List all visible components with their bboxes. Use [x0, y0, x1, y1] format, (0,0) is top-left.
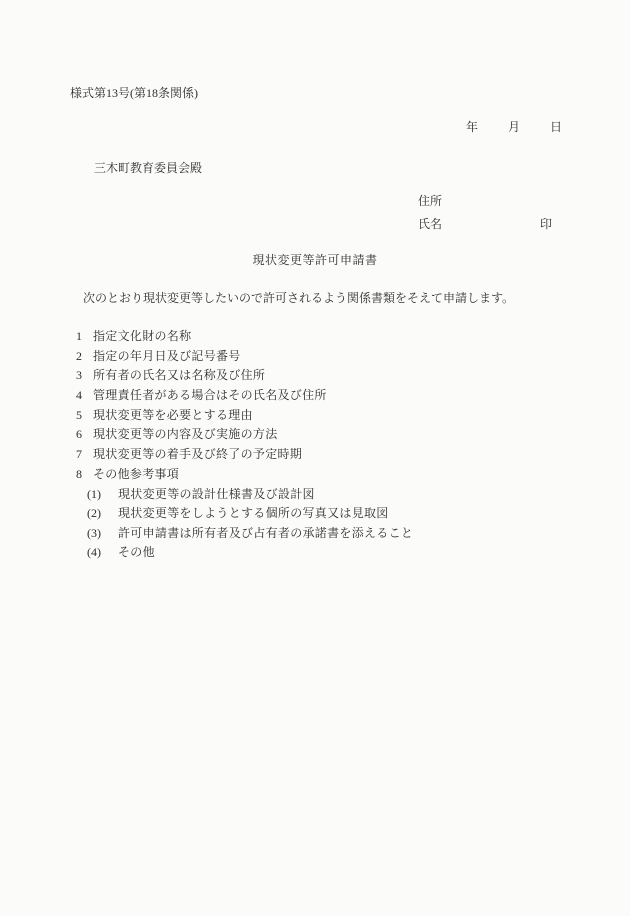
list-item: 8 その他参考事項 — [76, 468, 556, 488]
subitem-number: (2) — [87, 507, 118, 519]
item-number: 5 — [76, 409, 93, 421]
sub-list-item: (1) 現状変更等の設計仕様書及び設計図 — [76, 488, 556, 508]
sub-list-item: (2) 現状変更等をしようとする個所の写真又は見取図 — [76, 507, 556, 527]
item-text: 指定文化財の名称 — [93, 330, 191, 342]
addressee: 三木町教育委員会殿 — [94, 162, 202, 174]
list-item: 4 管理責任者がある場合はその氏名及び住所 — [76, 389, 556, 409]
list-item: 7 現状変更等の着手及び終了の予定時期 — [76, 448, 556, 468]
item-number: 8 — [76, 468, 93, 480]
item-number: 7 — [76, 448, 93, 460]
item-text: 指定の年月日及び記号番号 — [93, 350, 241, 362]
intro-paragraph: 次のとおり現状変更等したいので許可されるよう関係書類をそえて申請します。 — [83, 292, 514, 304]
item-text: 現状変更等の内容及び実施の方法 — [93, 428, 278, 440]
day-label: 日 — [550, 121, 562, 133]
date-line: 年 月 日 — [466, 121, 562, 133]
subitem-number: (1) — [87, 488, 118, 500]
list-item: 5 現状変更等を必要とする理由 — [76, 409, 556, 429]
year-label: 年 — [466, 121, 478, 133]
subitem-text: 現状変更等をしようとする個所の写真又は見取図 — [118, 507, 389, 519]
item-text: その他参考事項 — [93, 468, 179, 480]
item-number: 1 — [76, 330, 93, 342]
month-label: 月 — [508, 121, 520, 133]
item-text: 現状変更等を必要とする理由 — [93, 409, 253, 421]
document-title: 現状変更等許可申請書 — [0, 254, 630, 266]
sub-list-item: (4) その他 — [76, 546, 556, 566]
item-number: 6 — [76, 428, 93, 440]
list-item: 3 所有者の氏名又は名称及び住所 — [76, 369, 556, 389]
subitem-number: (4) — [87, 546, 118, 558]
subitem-text: その他 — [118, 546, 155, 558]
subitem-text: 現状変更等の設計仕様書及び設計図 — [118, 488, 315, 500]
subitem-text: 許可申請書は所有者及び占有者の承諾書を添えること — [118, 527, 413, 539]
item-number: 3 — [76, 369, 93, 381]
item-text: 現状変更等の着手及び終了の予定時期 — [93, 448, 302, 460]
name-seal-row: 氏名 印 — [418, 218, 558, 230]
item-list: 1 指定文化財の名称 2 指定の年月日及び記号番号 3 所有者の氏名又は名称及び… — [76, 330, 556, 566]
item-number: 4 — [76, 389, 93, 401]
list-item: 6 現状変更等の内容及び実施の方法 — [76, 428, 556, 448]
seal-label: 印 — [540, 218, 552, 230]
sub-list-item: (3) 許可申請書は所有者及び占有者の承諾書を添えること — [76, 527, 556, 547]
document-page: 様式第13号(第18条関係) 年 月 日 三木町教育委員会殿 住所 氏名 印 現… — [0, 0, 630, 916]
name-label: 氏名 — [418, 217, 442, 231]
item-text: 所有者の氏名又は名称及び住所 — [93, 369, 265, 381]
list-item: 1 指定文化財の名称 — [76, 330, 556, 350]
address-label: 住所 — [418, 195, 442, 207]
list-item: 2 指定の年月日及び記号番号 — [76, 350, 556, 370]
form-number: 様式第13号(第18条関係) — [70, 87, 198, 99]
subitem-number: (3) — [87, 527, 118, 539]
item-text: 管理責任者がある場合はその氏名及び住所 — [93, 389, 327, 401]
item-number: 2 — [76, 350, 93, 362]
